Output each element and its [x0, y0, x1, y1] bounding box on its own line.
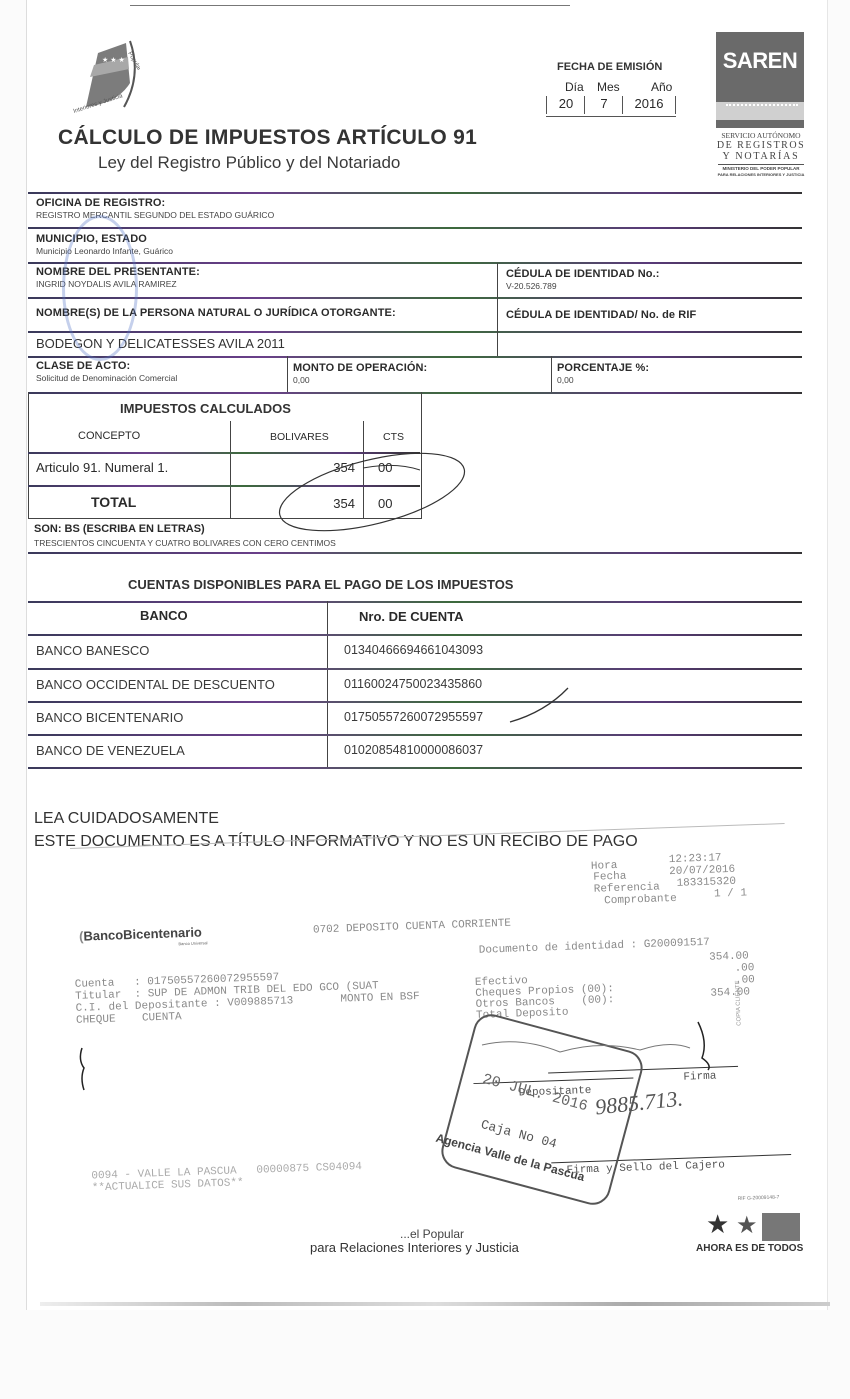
ministerio-line1: ...el Popular [400, 1227, 464, 1241]
bank-account: 01020854810000086037 [344, 743, 483, 757]
fecha-dia-value: 20 [546, 96, 585, 114]
impuesto-row-concepto: Articulo 91. Numeral 1. [36, 460, 168, 475]
aviso-line1: LEA CUIDADOSAMENTE [34, 810, 219, 828]
porcentaje-label: PORCENTAJE %: [557, 362, 649, 374]
firma-label: Firma [683, 1071, 716, 1084]
rif-label: CÉDULA DE IDENTIDAD/ No. de RIF [506, 309, 696, 321]
page-subtitle: Ley del Registro Público y del Notariado [98, 153, 400, 173]
bank-name: BANCO DE VENEZUELA [36, 743, 185, 758]
son-label: SON: BS (ESCRIBA EN LETRAS) [34, 523, 205, 535]
cheque-header: CHEQUE CUENTA [76, 1011, 182, 1027]
cheques-value: .00 [734, 962, 754, 975]
ahora-es-de-todos-logo: ★ ★ [700, 1205, 800, 1241]
monto-header: MONTO EN BSF [340, 991, 420, 1006]
stamp-date: 20 JUL. 2016 [481, 1071, 590, 1115]
operacion: 0702 DEPOSITO CUENTA CORRIENTE [313, 918, 511, 937]
oficina-value: REGISTRO MERCANTIL SEGUNDO DEL ESTADO GU… [36, 210, 274, 220]
scan-edge [40, 1302, 830, 1306]
government-emblem-icon: ★ ★ ★ Popular Interiores y Justicia [68, 35, 140, 115]
cuentas-title: CUENTAS DISPONIBLES PARA EL PAGO DE LOS … [128, 577, 513, 592]
bank-name: BANCO BANESCO [36, 643, 149, 658]
comprobante-label: Comprobante [604, 893, 677, 908]
slogan: AHORA ES DE TODOS [696, 1243, 803, 1254]
bank-logo-sub: Banco Universal [178, 940, 207, 946]
fecha-dia-label: Día [565, 80, 584, 94]
impuesto-row-bolivares: 354 [300, 460, 355, 475]
fecha-ano-value: 2016 [622, 96, 676, 114]
saren-line4: MINISTERIO DEL PODER POPULAR [716, 166, 806, 171]
bank-row: BANCO BICENTENARIO 01750557260072955597 [28, 701, 800, 734]
oficina-label: OFICINA DE REGISTRO: [36, 197, 165, 209]
col-cuenta: Nro. DE CUENTA [359, 609, 463, 624]
saren-logo: SAREN [716, 32, 804, 128]
son-value: TRESCIENTOS CINCUENTA Y CUATRO BOLIVARES… [34, 538, 336, 548]
saren-line5: PARA RELACIONES INTERIORES Y JUSTICIA [716, 172, 806, 177]
monto-operacion-value: 0,00 [293, 375, 310, 385]
fecha-emision-label: FECHA DE EMISIÓN [557, 61, 662, 73]
saren-line3: Y NOTARÍAS [716, 151, 806, 162]
impuesto-row-cts: 00 [378, 460, 392, 475]
bank-row: BANCO OCCIDENTAL DE DESCUENTO 0116002475… [28, 668, 800, 701]
saren-logo-text: SAREN [716, 48, 804, 74]
page-title: CÁLCULO DE IMPUESTOS ARTÍCULO 91 [58, 126, 477, 150]
total-cts: 00 [378, 496, 392, 511]
cedula-label: CÉDULA DE IDENTIDAD No.: [506, 268, 660, 280]
col-banco: BANCO [140, 608, 188, 623]
bank-account: 01750557260072955597 [344, 710, 483, 724]
bank-name: BANCO OCCIDENTAL DE DESCUENTO [36, 677, 275, 692]
star-icon: ★ [706, 1209, 729, 1240]
monto-operacion-label: MONTO DE OPERACIÓN: [293, 362, 427, 374]
total-deposito-value: 354.00 [710, 986, 750, 999]
svg-text:★ ★ ★: ★ ★ ★ [102, 56, 125, 64]
fecha-ano-label: Año [651, 80, 672, 94]
col-bolivares: BOLIVARES [270, 431, 329, 443]
fecha-mes-label: Mes [597, 80, 620, 94]
comprobante-value: 1 / 1 [714, 887, 747, 900]
fecha-emision-box: 20 7 2016 [546, 96, 676, 117]
saren-line2: DE REGISTROS [716, 140, 806, 151]
cedula-value: V-20.526.789 [506, 281, 557, 291]
saren-line1: SERVICIO AUTÓNOMO [716, 131, 806, 140]
bank-name: BANCO BICENTENARIO [36, 710, 183, 725]
porcentaje-value: 0,00 [557, 375, 574, 385]
col-cts: CTS [383, 431, 404, 443]
star-icon: ★ [736, 1211, 758, 1240]
registry-stamp [62, 215, 138, 361]
col-concepto: CONCEPTO [78, 430, 140, 442]
impuestos-title: IMPUESTOS CALCULADOS [120, 401, 291, 416]
bank-row: BANCO DE VENEZUELA 01020854810000086037 [28, 734, 800, 767]
clase-acto-label: CLASE DE ACTO: [36, 360, 130, 372]
ministerio-line2: para Relaciones Interiores y Justicia [310, 1240, 519, 1255]
total-bolivares: 354 [300, 496, 355, 511]
bank-account: 01160024750023435860 [344, 677, 482, 691]
documento-identidad: Documento de identidad : G200091517 [479, 937, 710, 957]
total-label: TOTAL [91, 494, 136, 510]
bank-row: BANCO BANESCO 01340466694661043093 [28, 634, 800, 667]
top-rule [130, 5, 570, 6]
clase-acto-value: Solicitud de Denominación Comercial [36, 373, 177, 383]
fecha-mes-value: 7 [584, 96, 623, 114]
deposit-receipt: (BancoBicentenario Banco Universal Hora … [70, 823, 798, 1219]
bank-account: 01340466694661043093 [344, 643, 483, 657]
